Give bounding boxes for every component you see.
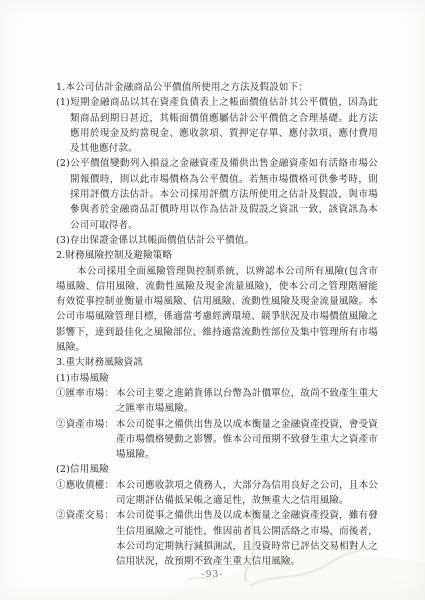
section2-heading: 2.財務風險控制及避險策略: [56, 248, 378, 263]
credit-risk-item-asset-transactions: ②資產交易：本公司從事之備供出售及以成本衡量之金融資產投資，雖有發生信用風險之可…: [56, 508, 378, 569]
page-number: -93-: [0, 570, 425, 580]
item-label: ②資產市場：: [56, 417, 116, 432]
item-label: ②資產交易：: [56, 508, 116, 523]
item-label: (1): [56, 95, 70, 110]
item-label: ①應收債權：: [56, 478, 116, 493]
market-risk-item-asset-market: ②資產市場：本公司從事之備供出售及以成本衡量之金融資產投資，會受資產市場價格變動…: [56, 417, 378, 463]
fair-value-method-item-3: (3)存出保證金係以其帳面價值估計公平價值。: [56, 233, 378, 248]
fair-value-method-item-1: (1)短期金融商品以其在資產負債表上之帳面價值估計其公平價值，因為此類商品到期日…: [56, 95, 378, 156]
item-text: 本公司主要之進銷貨係以台幣為計價單位，故尚不致產生重大之匯率市場風險。: [116, 388, 378, 414]
section2-paragraph: 本公司採用全面風險管理與控制系統，以辨認本公司所有風險(包含市場風險、信用風險、…: [56, 264, 378, 356]
market-risk-subheading: (1)市場風險: [56, 371, 378, 386]
section3-heading: 3.重大財務風險資訊: [56, 355, 378, 370]
item-label: (2): [56, 156, 70, 171]
item-label: ①匯率市場：: [56, 386, 116, 401]
item-label: (3): [56, 233, 70, 248]
credit-risk-item-receivables: ①應收債權：本公司應收款項之債務人，大部分為信用良好之公司，且本公司定期評估備抵…: [56, 478, 378, 509]
section1-heading: 1.本公司估計金融商品公平價值所使用之方法及假設如下：: [56, 80, 378, 95]
credit-risk-subheading: (2)信用風險: [56, 462, 378, 477]
item-text: 存出保證金係以其帳面價值估計公平價值。: [70, 235, 254, 246]
document-content: 1.本公司估計金融商品公平價值所使用之方法及假設如下： (1)短期金融商品以其在…: [56, 80, 378, 570]
market-risk-item-exchange-rate: ①匯率市場：本公司主要之進銷貨係以台幣為計價單位，故尚不致產生重大之匯率市場風險…: [56, 386, 378, 417]
document-page: 1.本公司估計金融商品公平價值所使用之方法及假設如下： (1)短期金融商品以其在…: [0, 0, 425, 600]
item-text: 本公司從事之備供出售及以成本衡量之金融資產投資，雖有發生信用風險之可能性，惟因前…: [116, 510, 378, 567]
fair-value-method-item-2: (2)公平價值變動列入損益之金融資產及備供出售金融資產如有活絡市場公開報價時，則…: [56, 156, 378, 232]
item-text: 本公司從事之備供出售及以成本衡量之金融資產投資，會受資產市場價格變動之影響。惟本…: [116, 419, 378, 461]
item-text: 本公司應收款項之債務人，大部分為信用良好之公司，且本公司定期評估備抵呆帳之適足性…: [116, 480, 378, 506]
item-text: 公平價值變動列入損益之金融資產及備供出售金融資產如有活絡市場公開報價時，則以此市…: [70, 158, 378, 230]
item-text: 短期金融商品以其在資產負債表上之帳面價值估計其公平價值，因為此類商品到期日甚近，…: [70, 97, 378, 154]
